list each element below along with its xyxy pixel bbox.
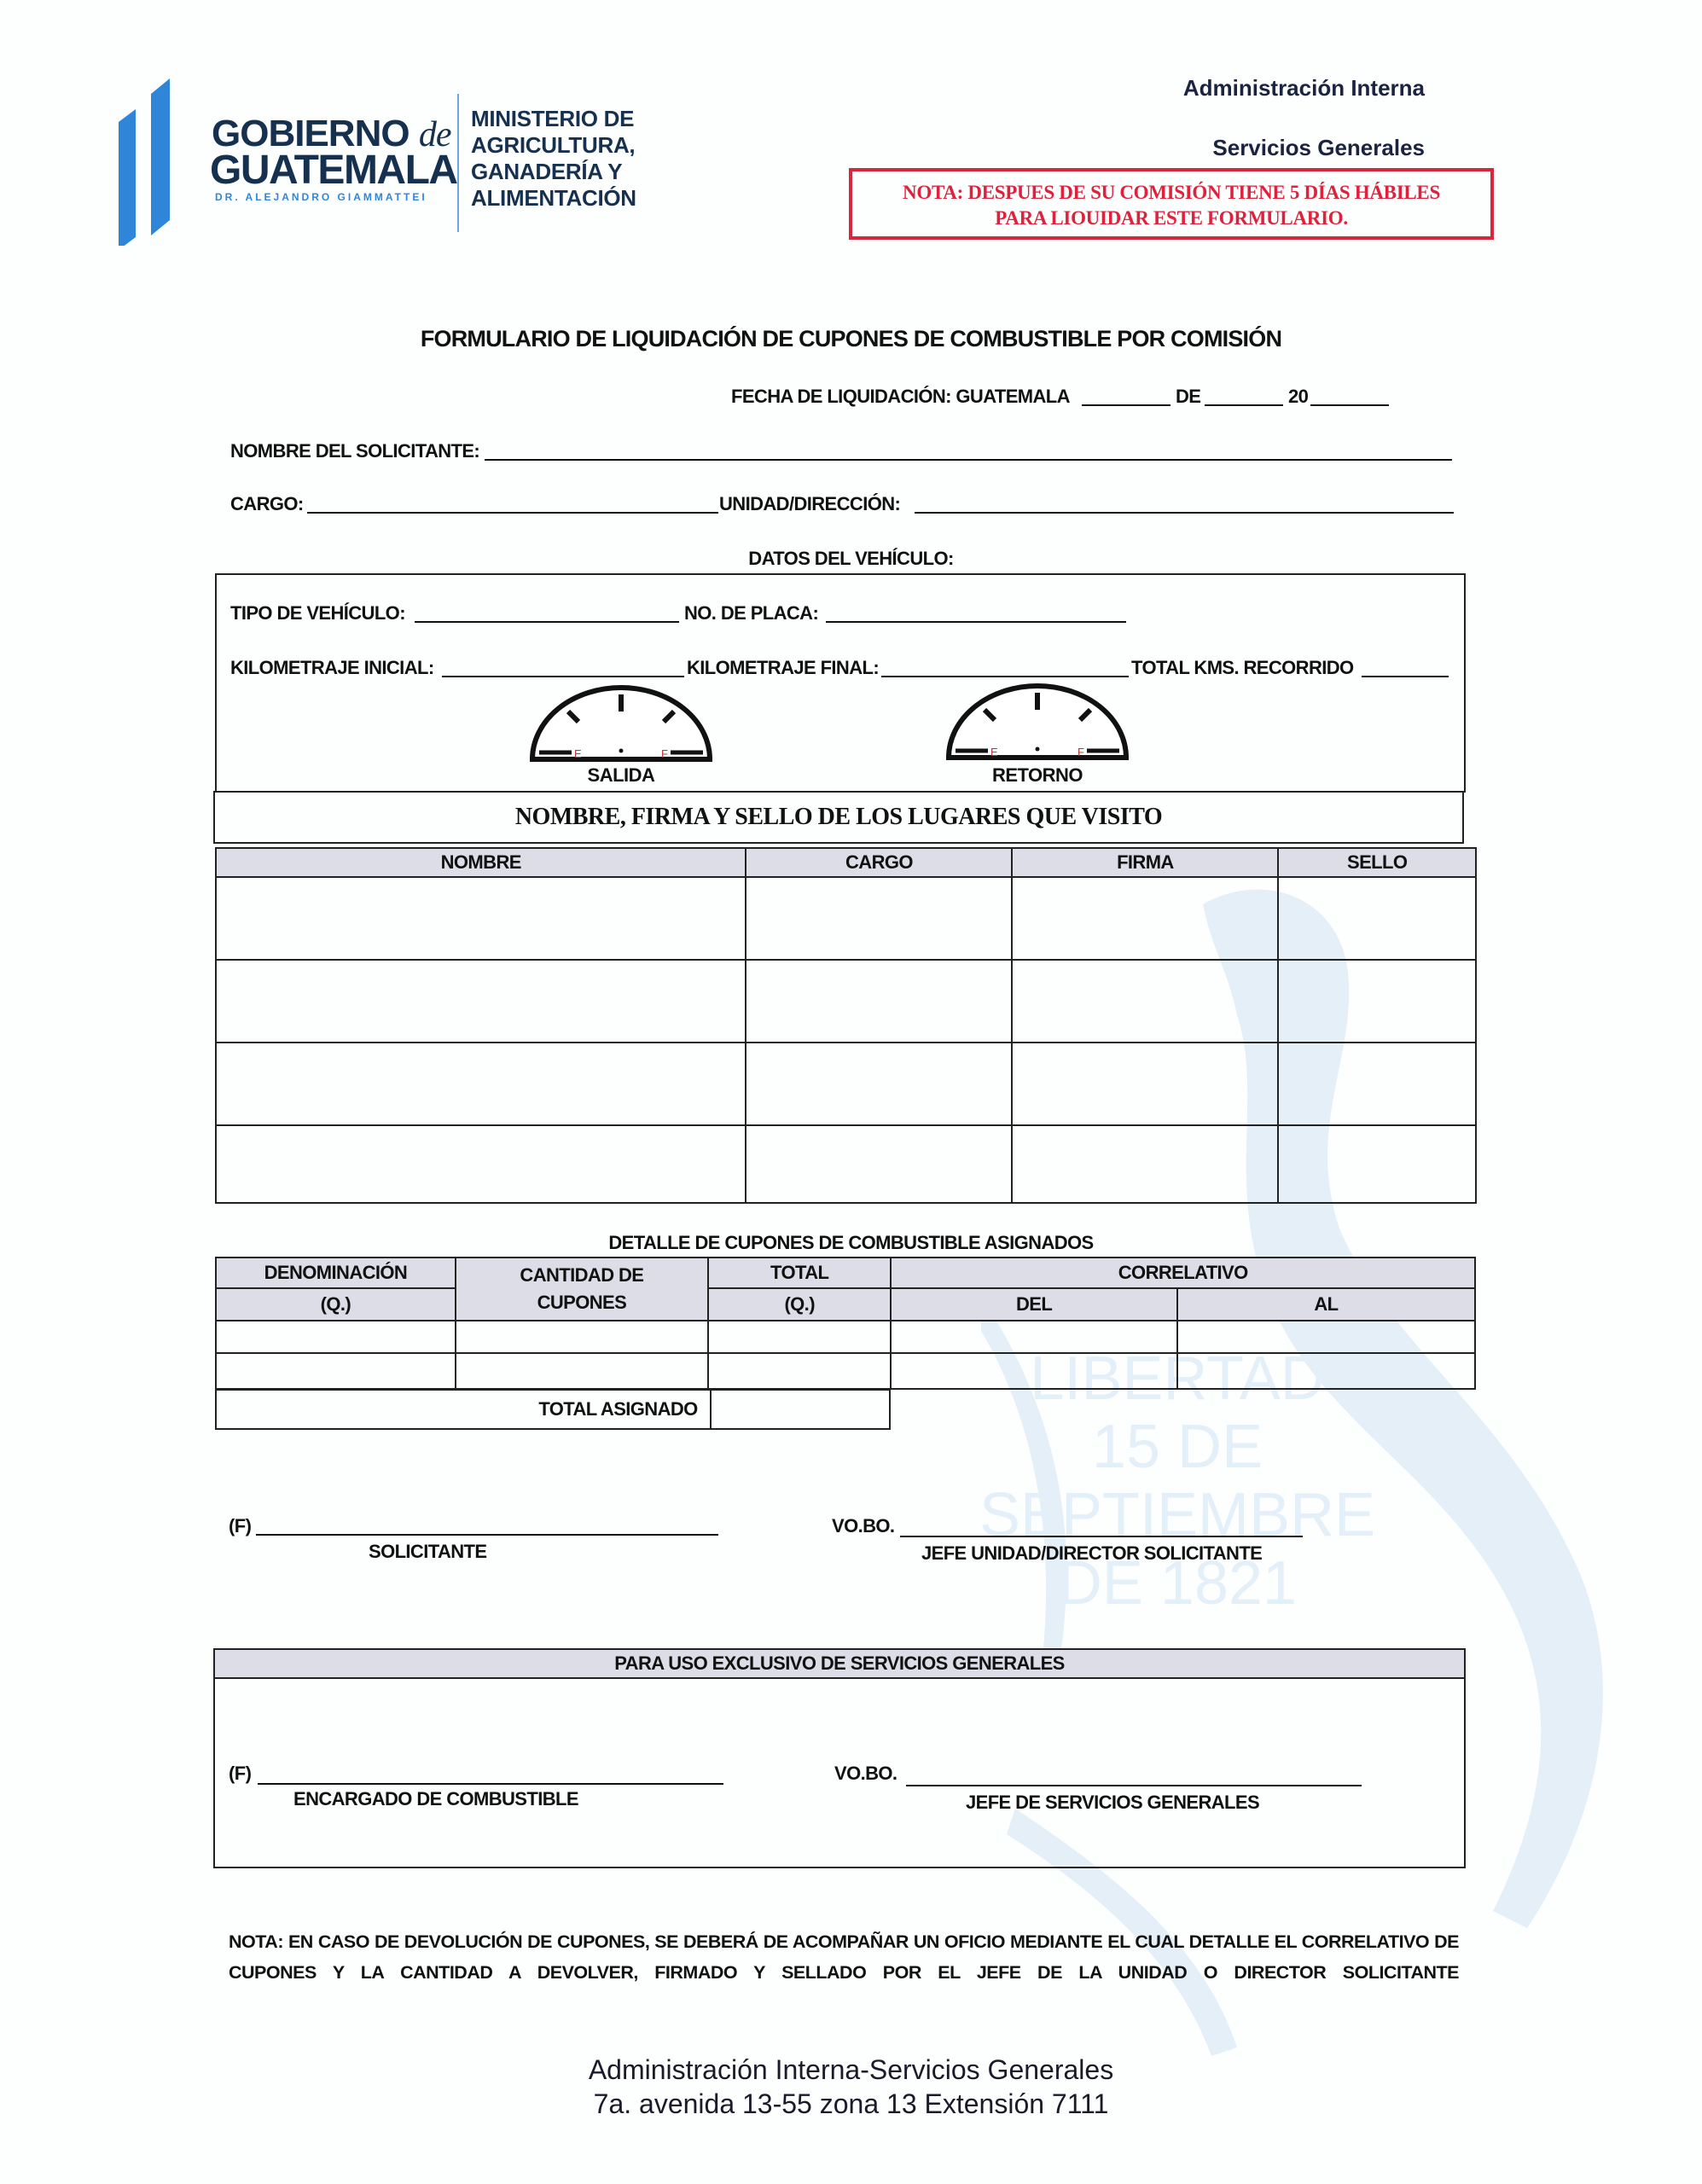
date-label: FECHA DE LIQUIDACIÓN: GUATEMALA <box>731 386 1070 408</box>
total-assigned-value[interactable] <box>711 1390 890 1429</box>
col-header-name: NOMBRE <box>216 848 746 877</box>
vehicle-type-field[interactable] <box>415 621 679 623</box>
km-total-label: TOTAL KMS. RECORRIDO <box>1131 657 1354 679</box>
services-title: PARA USO EXCLUSIVO DE SERVICIOS GENERALE… <box>215 1650 1464 1679</box>
denomination-cell[interactable] <box>216 1353 456 1389</box>
stamp-cell[interactable] <box>1278 960 1476 1043</box>
fuel-gauge-icon[interactable]: E F <box>944 681 1131 763</box>
requester-name-field[interactable] <box>485 459 1452 461</box>
government-logo-icon <box>115 75 183 246</box>
quantity-cell[interactable] <box>456 1353 708 1389</box>
svg-text:SEPTIEMBRE: SEPTIEMBRE <box>981 1481 1375 1549</box>
col-header-quantity: CANTIDAD DECUPONES <box>456 1258 708 1321</box>
km-total-field[interactable] <box>1362 676 1449 677</box>
fuel-gauge-icon[interactable]: E F <box>527 682 715 764</box>
stamp-cell[interactable] <box>1278 877 1476 960</box>
signature-cell[interactable] <box>1012 877 1278 960</box>
date-day-field[interactable] <box>1082 404 1170 406</box>
table-row <box>216 1321 1475 1353</box>
plate-label: NO. DE PLACA: <box>684 602 818 624</box>
col-header-total-unit: (Q.) <box>708 1288 892 1321</box>
denomination-cell[interactable] <box>216 1321 456 1353</box>
unit-label: UNIDAD/DIRECCIÓN: <box>719 493 900 515</box>
from-cell[interactable] <box>891 1321 1176 1353</box>
stamp-cell[interactable] <box>1278 1125 1476 1203</box>
position-field[interactable] <box>307 512 718 514</box>
gauge-label-return: RETORNO <box>952 764 1123 787</box>
section-title: Servicios Generales <box>1212 135 1425 161</box>
name-cell[interactable] <box>216 1043 746 1125</box>
col-header-denomination-unit: (Q.) <box>216 1288 456 1321</box>
visits-table: NOMBRE CARGO FIRMA SELLO <box>215 847 1477 1204</box>
col-header-correlative: CORRELATIVO <box>891 1258 1475 1288</box>
svg-text:E: E <box>574 747 582 760</box>
requester-name-label: NOMBRE DEL SOLICITANTE: <box>230 440 479 462</box>
position-cell[interactable] <box>746 1043 1012 1125</box>
table-row <box>216 1043 1476 1125</box>
form-title: FORMULARIO DE LIQUIDACIÓN DE CUPONES DE … <box>0 326 1702 352</box>
plate-field[interactable] <box>826 621 1126 623</box>
unit-field[interactable] <box>915 512 1454 514</box>
position-cell[interactable] <box>746 1125 1012 1203</box>
department-title: Administración Interna <box>1183 75 1425 102</box>
requester-signature-field[interactable] <box>256 1534 718 1536</box>
table-row <box>216 1353 1475 1389</box>
footer-department: Administración Interna-Servicios General… <box>0 2054 1702 2086</box>
table-row <box>216 1125 1476 1203</box>
total-cell[interactable] <box>708 1353 892 1389</box>
requester-f-prefix: (F) <box>229 1515 251 1537</box>
ministry-name: MINISTERIO DE AGRICULTURA, GANADERÍA Y A… <box>471 106 636 212</box>
visits-banner: NOMBRE, FIRMA Y SELLO DE LOS LUGARES QUE… <box>213 791 1464 844</box>
to-cell[interactable] <box>1177 1353 1475 1389</box>
col-header-total: TOTAL <box>708 1258 892 1288</box>
chief-signature-field[interactable] <box>900 1536 1303 1537</box>
svg-text:F: F <box>661 747 668 760</box>
return-note: NOTA: EN CASO DE DEVOLUCIÓN DE CUPONES, … <box>229 1926 1459 1988</box>
services-chief-label: JEFE DE SERVICIOS GENERALES <box>966 1792 1259 1814</box>
fuel-manager-label: ENCARGADO DE COMBUSTIBLE <box>293 1788 578 1810</box>
table-row <box>216 877 1476 960</box>
col-header-from: DEL <box>891 1288 1176 1321</box>
fuel-manager-signature-field[interactable] <box>258 1783 723 1785</box>
position-label: CARGO: <box>230 493 304 515</box>
km-start-field[interactable] <box>442 676 684 677</box>
date-month-field[interactable] <box>1205 404 1283 406</box>
deadline-notice: NOTA: DESPUES DE SU COMISIÓN TIENE 5 DÍA… <box>849 168 1494 240</box>
name-cell[interactable] <box>216 1125 746 1203</box>
table-row <box>216 960 1476 1043</box>
km-end-field[interactable] <box>881 676 1129 677</box>
chief-signature-label: JEFE UNIDAD/DIRECTOR SOLICITANTE <box>921 1542 1262 1565</box>
date-year-field[interactable] <box>1310 404 1389 406</box>
vehicle-type-label: TIPO DE VEHÍCULO: <box>230 602 405 624</box>
km-end-label: KILOMETRAJE FINAL: <box>687 657 879 679</box>
coupons-table: DENOMINACIÓN CANTIDAD DECUPONES TOTAL CO… <box>215 1257 1476 1390</box>
logo-subtitle: DR. ALEJANDRO GIAMMATTEI <box>215 191 427 203</box>
col-header-position: CARGO <box>746 848 1012 877</box>
to-cell[interactable] <box>1177 1321 1475 1353</box>
position-cell[interactable] <box>746 960 1012 1043</box>
col-header-signature: FIRMA <box>1012 848 1278 877</box>
logo-text-guatemala: GUATEMALA <box>210 147 457 194</box>
services-chief-vobo-prefix: VO.BO. <box>834 1763 897 1785</box>
date-de-label: DE <box>1176 386 1200 408</box>
requester-signature-label: SOLICITANTE <box>369 1541 486 1563</box>
svg-text:E: E <box>990 746 998 758</box>
name-cell[interactable] <box>216 877 746 960</box>
col-header-stamp: SELLO <box>1278 848 1476 877</box>
logo-divider <box>457 94 459 232</box>
vehicle-section-title: DATOS DEL VEHÍCULO: <box>0 548 1702 570</box>
fuel-manager-f-prefix: (F) <box>229 1763 251 1785</box>
services-box <box>213 1648 1466 1868</box>
svg-text:F: F <box>1078 746 1084 758</box>
coupons-title: DETALLE DE CUPONES DE COMBUSTIBLE ASIGNA… <box>0 1232 1702 1254</box>
date-year-label: 20 <box>1288 386 1308 408</box>
stamp-cell[interactable] <box>1278 1043 1476 1125</box>
total-cell[interactable] <box>708 1321 892 1353</box>
total-assigned-table: TOTAL ASIGNADO <box>215 1389 891 1430</box>
total-assigned-label: TOTAL ASIGNADO <box>216 1390 711 1429</box>
quantity-cell[interactable] <box>456 1321 708 1353</box>
footer-address: 7a. avenida 13-55 zona 13 Extensión 7111 <box>0 2088 1702 2120</box>
signature-cell[interactable] <box>1012 1125 1278 1203</box>
col-header-to: AL <box>1177 1288 1475 1321</box>
name-cell[interactable] <box>216 960 746 1043</box>
svg-text:15 DE: 15 DE <box>1092 1413 1263 1481</box>
from-cell[interactable] <box>891 1353 1176 1389</box>
gauge-label-departure: SALIDA <box>536 764 706 787</box>
signature-cell[interactable] <box>1012 960 1278 1043</box>
km-start-label: KILOMETRAJE INICIAL: <box>230 657 434 679</box>
position-cell[interactable] <box>746 877 1012 960</box>
col-header-denomination: DENOMINACIÓN <box>216 1258 456 1288</box>
signature-cell[interactable] <box>1012 1043 1278 1125</box>
chief-vobo-prefix: VO.BO. <box>832 1515 894 1537</box>
services-chief-signature-field[interactable] <box>906 1785 1362 1786</box>
